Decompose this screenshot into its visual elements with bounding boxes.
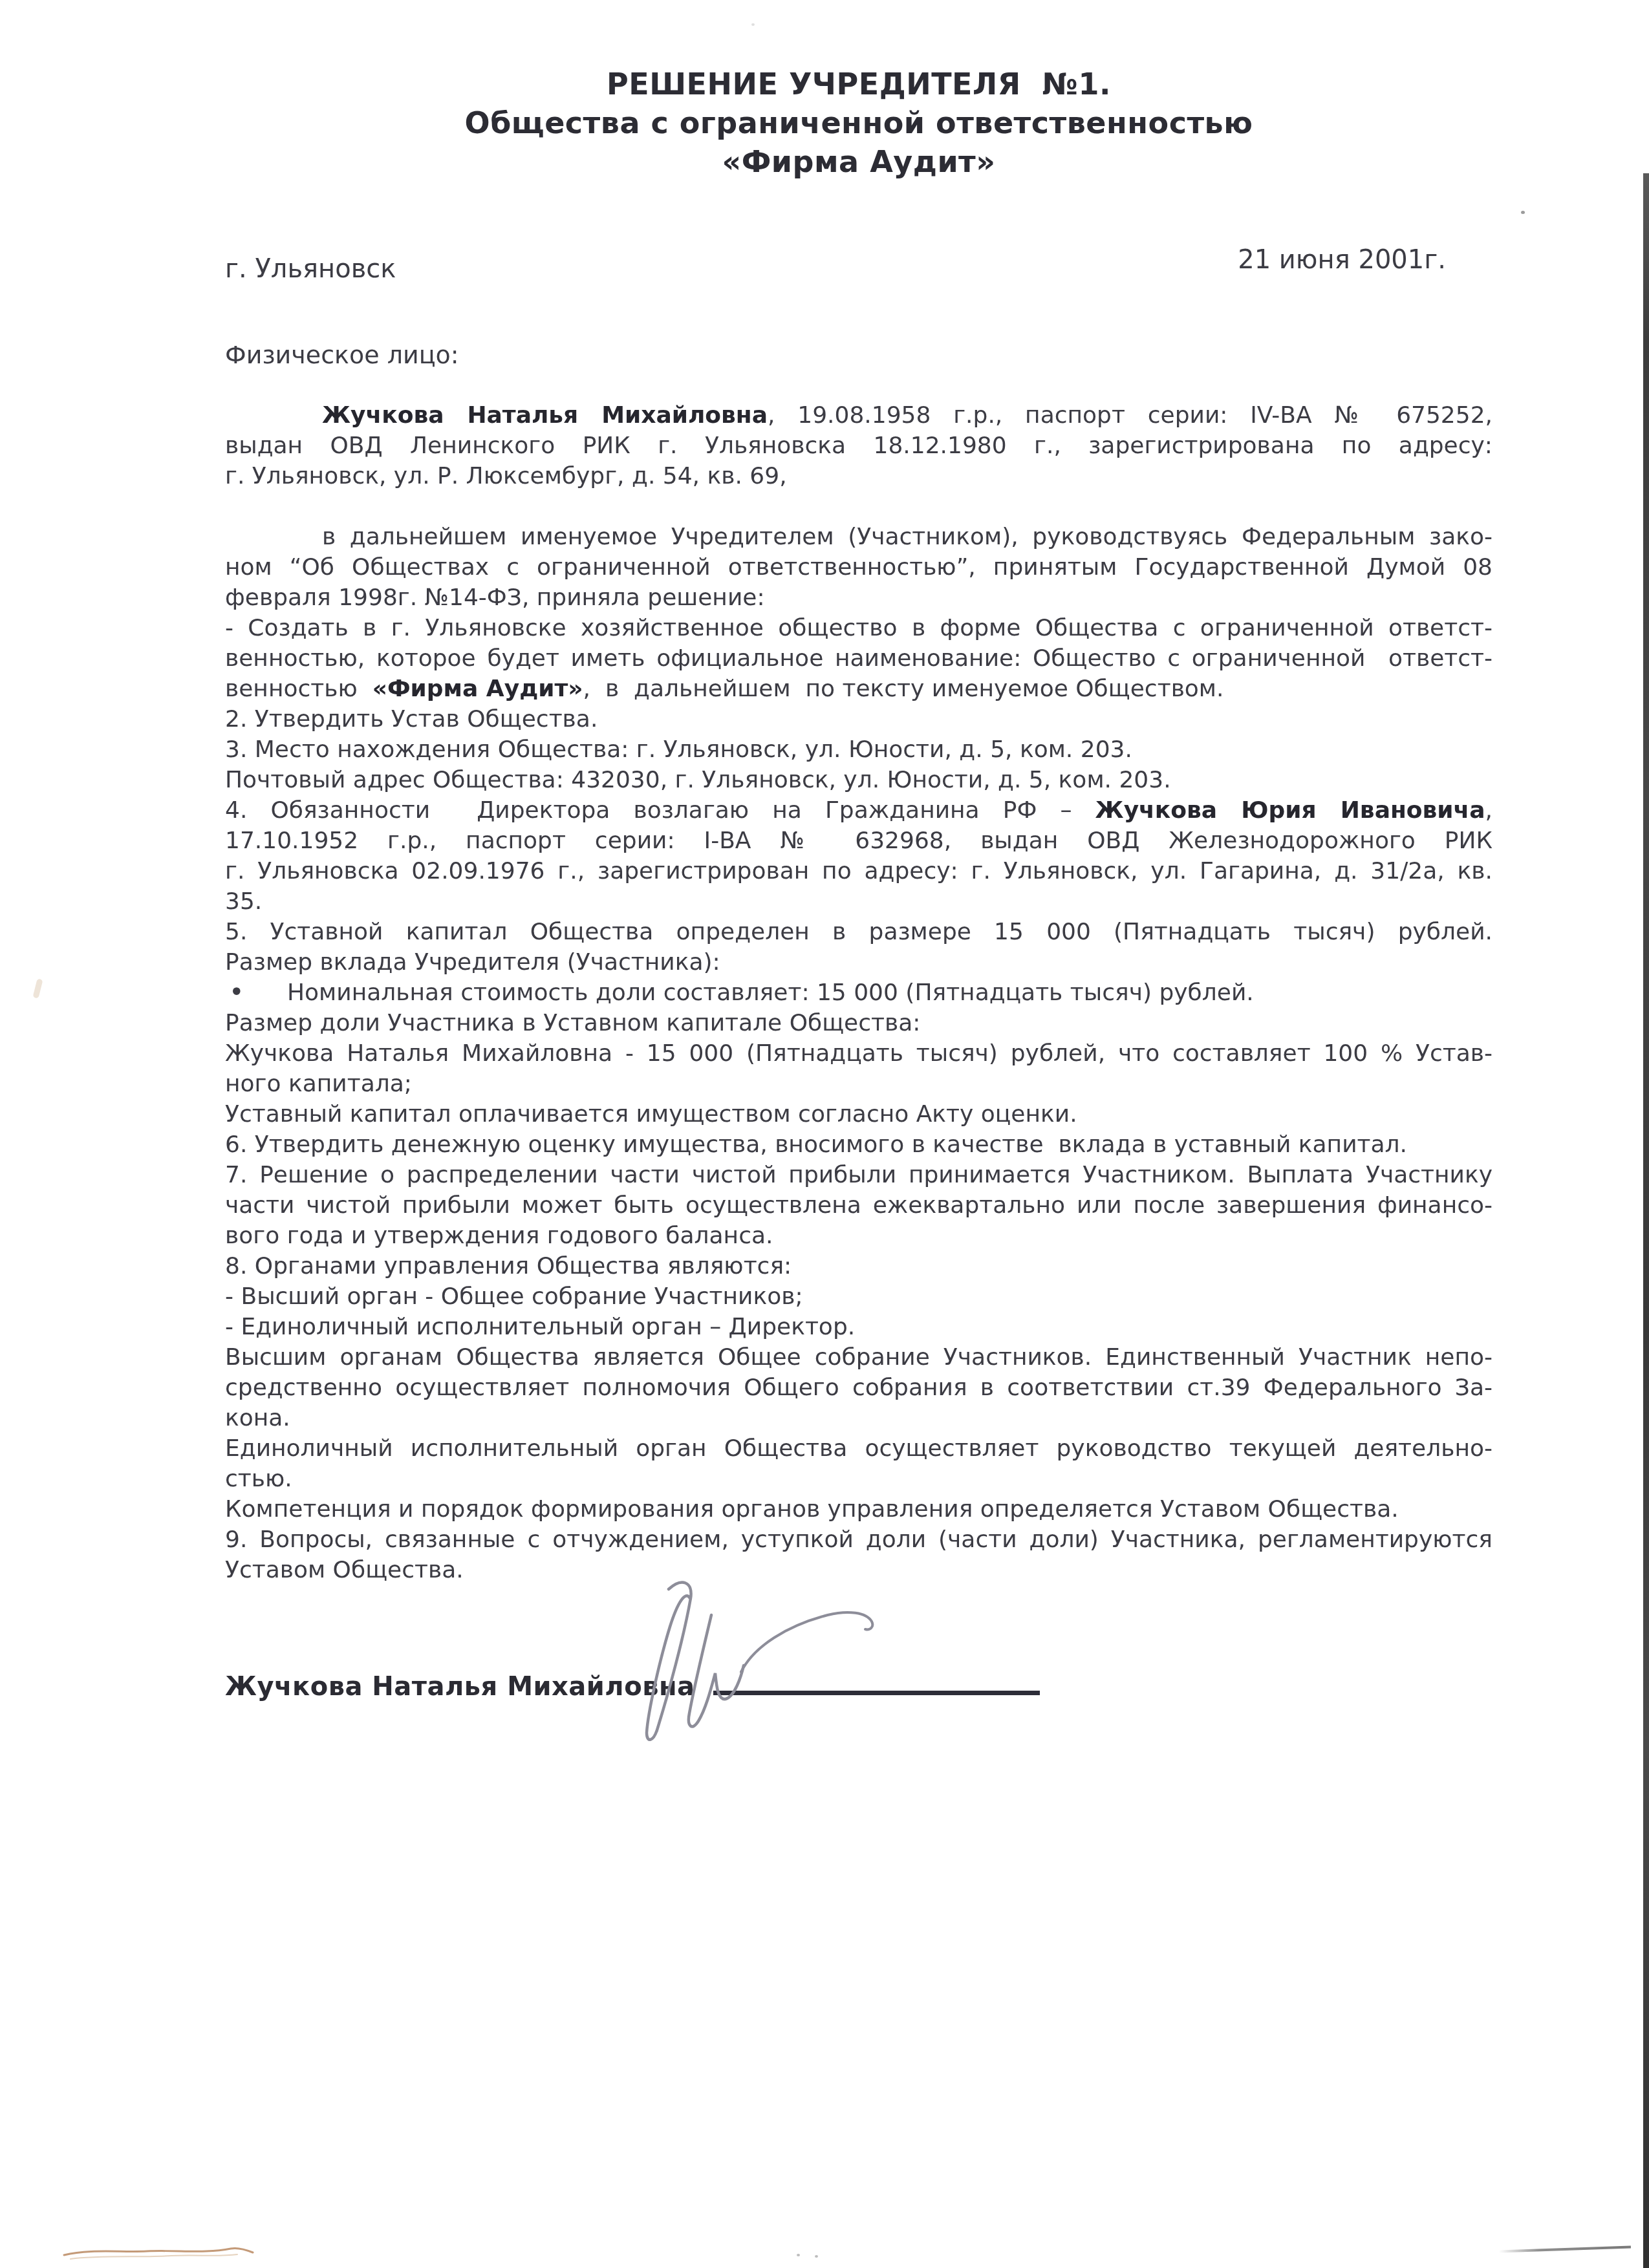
title-line-3: «Фирма Аудит» — [225, 142, 1493, 181]
handwritten-signature — [613, 1575, 917, 1748]
paragraph: Компетенция и порядок формирования орган… — [225, 1494, 1493, 1524]
paragraph: Уставный капитал оплачивается имуществом… — [225, 1099, 1493, 1129]
city-label: г. Ульяновск — [225, 253, 396, 284]
document-line: 9. Вопросы, связанные с отчуждением, уст… — [225, 1524, 1493, 1555]
person-type-label: Физическое лицо: — [225, 340, 1493, 370]
document-line: Уставный капитал оплачивается имуществом… — [225, 1099, 1493, 1129]
blank-line — [225, 491, 1493, 522]
date-label: 21 июня 2001г. — [1238, 244, 1446, 275]
document-line: - Создать в г. Ульяновске хозяйственное … — [225, 613, 1493, 643]
document-line: 2. Утвердить Устав Общества. — [225, 704, 1493, 734]
signature-line — [713, 1684, 1040, 1695]
city-date-row: г. Ульяновск 21 июня 2001г. — [225, 253, 1493, 284]
document-line: Почтовый адрес Общества: 432030, г. Улья… — [225, 765, 1493, 795]
document-line: 5. Уставной капитал Общества определен в… — [225, 917, 1493, 947]
document-line: в дальнейшем именуемое Учредителем (Учас… — [225, 522, 1493, 552]
paragraph: Высшим органам Общества является Общее с… — [225, 1342, 1493, 1433]
bullet-paragraph: •Номинальная стоимость доли составляет: … — [225, 978, 1493, 1008]
document-content: РЕШЕНИЕ УЧРЕДИТЕЛЯ №1. Общества с ограни… — [225, 65, 1493, 1703]
document-line: стью. — [225, 1464, 1493, 1494]
document-line: 4. Обязанности Директора возлагаю на Гра… — [225, 795, 1493, 826]
paragraph: - Высший орган - Общее собрание Участник… — [225, 1281, 1493, 1312]
document-line: Уставом Общества. — [225, 1555, 1493, 1585]
paragraph: 4. Обязанности Директора возлагаю на Гра… — [225, 795, 1493, 917]
scan-squiggle-artifact — [61, 2242, 262, 2262]
paragraph: Единоличный исполнительный орган Обществ… — [225, 1433, 1493, 1494]
document-line: венностью «Фирма Аудит», в дальнейшем по… — [225, 674, 1493, 704]
document-line: •Номинальная стоимость доли составляет: … — [225, 978, 1493, 1008]
document-line: 17.10.1952 г.р., паспорт серии: I-ВА № 6… — [225, 826, 1493, 856]
document-line: Жучкова Наталья Михайловна, 19.08.1958 г… — [225, 400, 1493, 431]
scan-speck — [1521, 211, 1525, 214]
document-line: - Высший орган - Общее собрание Участник… — [225, 1281, 1493, 1312]
document-line: венностью, которое будет иметь официальн… — [225, 643, 1493, 674]
document-line: 7. Решение о распределении части чистой … — [225, 1160, 1493, 1190]
paragraph: 6. Утвердить денежную оценку имущества, … — [225, 1129, 1493, 1160]
paragraph: 7. Решение о распределении части чистой … — [225, 1160, 1493, 1251]
document-line: 6. Утвердить денежную оценку имущества, … — [225, 1129, 1493, 1160]
scanned-document-page: РЕШЕНИЕ УЧРЕДИТЕЛЯ №1. Общества с ограни… — [0, 0, 1649, 2268]
signatory-name: Жучкова Наталья Михайловна — [225, 1672, 695, 1702]
scan-speck — [33, 978, 43, 998]
paragraph: 2. Утвердить Устав Общества. — [225, 704, 1493, 734]
title-line-1: РЕШЕНИЕ УЧРЕДИТЕЛЯ №1. — [225, 65, 1493, 103]
document-line: - Единоличный исполнительный орган – Дир… — [225, 1312, 1493, 1342]
document-line: Размер доли Участника в Уставном капитал… — [225, 1008, 1493, 1038]
document-line: ном “Об Обществах с ограниченной ответст… — [225, 552, 1493, 583]
paragraph: 3. Место нахождения Общества: г. Ульянов… — [225, 734, 1493, 765]
document-line: части чистой прибыли может быть осуществ… — [225, 1190, 1493, 1221]
scan-dash-artifact — [1499, 2245, 1631, 2252]
scan-speck — [751, 23, 755, 26]
document-line: кона. — [225, 1403, 1493, 1433]
document-line: Размер вклада Учредителя (Участника): — [225, 947, 1493, 978]
document-line: Жучкова Наталья Михайловна - 15 000 (Пят… — [225, 1038, 1493, 1069]
document-line: 35. — [225, 886, 1493, 917]
paragraph: 8. Органами управления Общества являются… — [225, 1251, 1493, 1281]
scan-dots-artifact — [797, 2254, 826, 2259]
document-title: РЕШЕНИЕ УЧРЕДИТЕЛЯ №1. Общества с ограни… — [225, 65, 1493, 181]
signature-block: Жучкова Наталья Михайловна — [225, 1671, 1493, 1703]
paragraph: в дальнейшем именуемое Учредителем (Учас… — [225, 522, 1493, 613]
paragraph: - Создать в г. Ульяновске хозяйственное … — [225, 613, 1493, 704]
paragraph: 9. Вопросы, связанные с отчуждением, уст… — [225, 1524, 1493, 1585]
document-line: г. Ульяновск, ул. Р. Люксембург, д. 54, … — [225, 461, 1493, 491]
document-line: средственно осуществляет полномочия Обще… — [225, 1373, 1493, 1403]
document-line: выдан ОВД Ленинского РИК г. Ульяновска 1… — [225, 431, 1493, 461]
document-body: Жучкова Наталья Михайловна, 19.08.1958 г… — [225, 400, 1493, 1585]
bullet-icon: • — [229, 978, 244, 1008]
document-line: вого года и утверждения годового баланса… — [225, 1221, 1493, 1251]
paragraph: - Единоличный исполнительный орган – Дир… — [225, 1312, 1493, 1342]
title-line-2: Общества с ограниченной ответственностью — [225, 103, 1493, 142]
paragraph: Жучкова Наталья Михайловна, 19.08.1958 г… — [225, 400, 1493, 491]
document-line: Единоличный исполнительный орган Обществ… — [225, 1433, 1493, 1464]
document-line: 8. Органами управления Общества являются… — [225, 1251, 1493, 1281]
document-line: 3. Место нахождения Общества: г. Ульянов… — [225, 734, 1493, 765]
document-line: Высшим органам Общества является Общее с… — [225, 1342, 1493, 1373]
scan-edge-artifact — [1643, 173, 1649, 2268]
paragraph: Почтовый адрес Общества: 432030, г. Улья… — [225, 765, 1493, 795]
document-line: ного капитала; — [225, 1069, 1493, 1099]
paragraph: 5. Уставной капитал Общества определен в… — [225, 917, 1493, 978]
document-line: г. Ульяновска 02.09.1976 г., зарегистрир… — [225, 856, 1493, 886]
paragraph: Жучкова Наталья Михайловна - 15 000 (Пят… — [225, 1038, 1493, 1099]
document-line: февраля 1998г. №14-ФЗ, приняла решение: — [225, 583, 1493, 613]
paragraph: Размер доли Участника в Уставном капитал… — [225, 1008, 1493, 1038]
document-line: Компетенция и порядок формирования орган… — [225, 1494, 1493, 1524]
